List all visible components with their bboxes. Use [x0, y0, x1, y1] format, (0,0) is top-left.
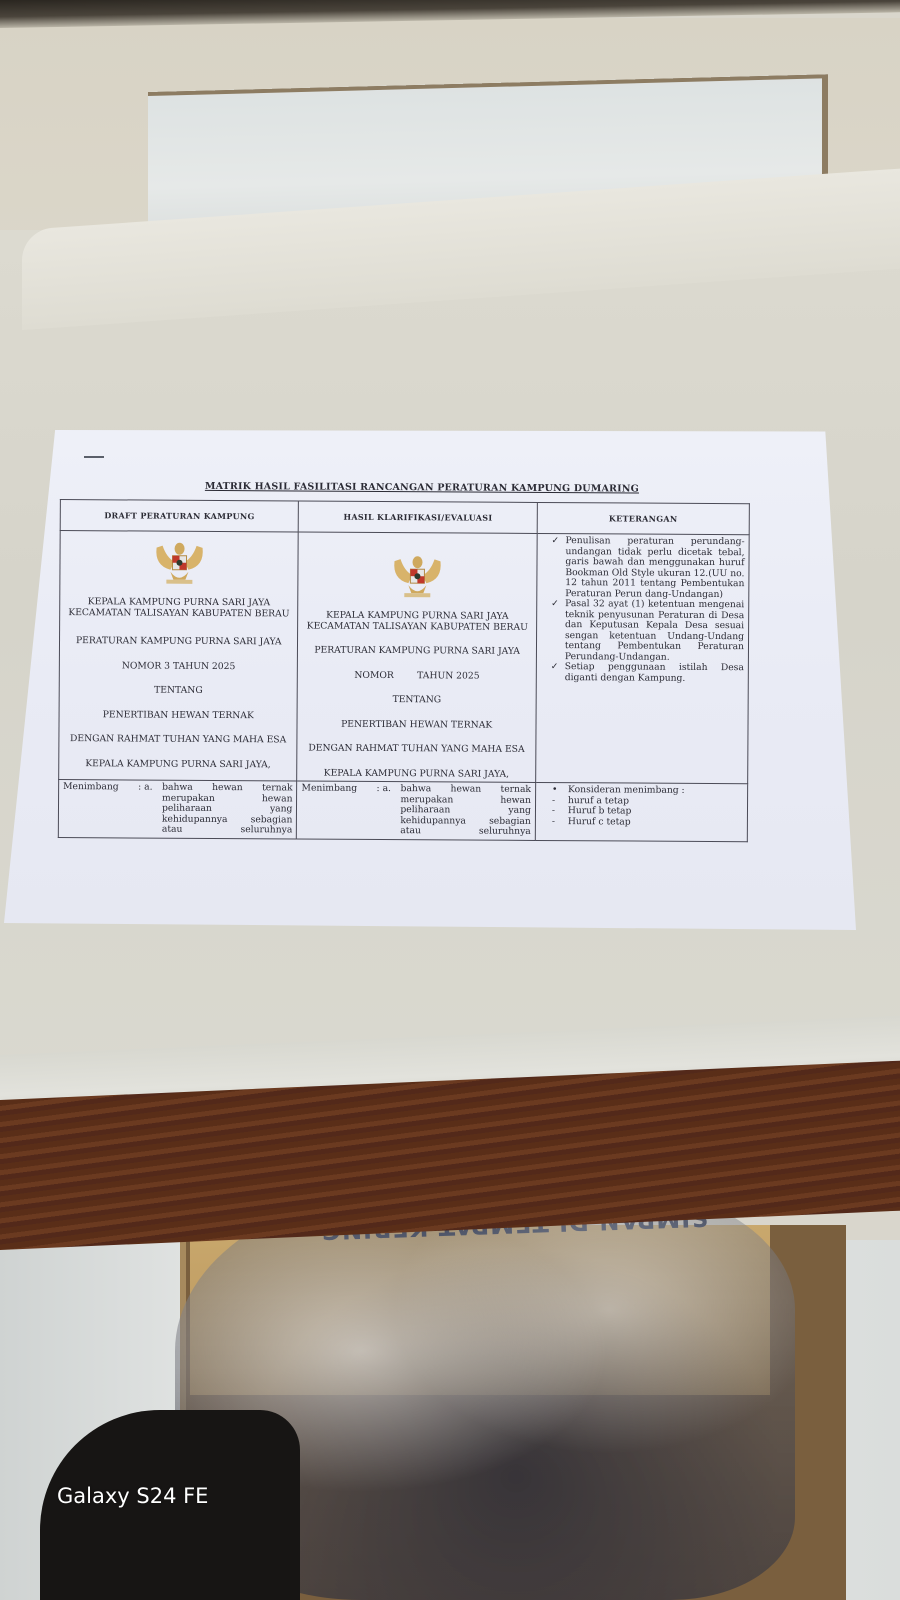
photo-scene: SIMPAN DI TEMPAT KERING MATRIK HASIL FAS… [0, 0, 900, 1600]
evaluation-head-line2: KECAMATAN TALISAYAN KABUPATEN BERAU [303, 621, 533, 633]
document: MATRIK HASIL FASILITASI RANCANGAN PERATU… [54, 480, 752, 842]
notes-list: Penulisan peraturan perundang-undangan t… [541, 536, 745, 684]
draft-blessing: DENGAN RAHMAT TUHAN YANG MAHA ESA [63, 734, 293, 746]
table-row-menimbang: Menimbang : a. bahwa hewan ternak merupa… [58, 780, 747, 842]
notes-cell: Penulisan peraturan perundang-undangan t… [536, 533, 750, 783]
evaluation-heading-cell: KEPALA KAMPUNG PURNA SARI JAYA KECAMATAN… [297, 532, 537, 782]
paper-mark [84, 456, 104, 458]
evaluation-menimbang-cell: Menimbang : a. bahwa hewan ternak merupa… [297, 781, 536, 840]
table-header-row: DRAFT PERATURAN KAMPUNG HASIL KLARIFIKAS… [60, 500, 749, 535]
garuda-emblem-icon [390, 553, 444, 599]
draft-regulation: PERATURAN KAMPUNG PURNA SARI JAYA [64, 636, 294, 648]
garuda-emblem-icon [152, 540, 206, 586]
column-header-notes: KETERANGAN [537, 502, 749, 534]
menimbang-text: bahwa hewan ternak merupakan hewan pelih… [400, 784, 531, 837]
evaluation-regulation: PERATURAN KAMPUNG PURNA SARI JAYA [302, 646, 532, 658]
matrix-table: DRAFT PERATURAN KAMPUNG HASIL KLARIFIKAS… [58, 499, 750, 842]
draft-heading-cell: KEPALA KAMPUNG PURNA SARI JAYA KECAMATAN… [59, 531, 299, 781]
column-header-evaluation: HASIL KLARIFIKASI/EVALUASI [299, 501, 538, 533]
draft-menimbang-cell: Menimbang : a. bahwa hewan ternak merupa… [58, 780, 297, 839]
konsideran-cell: Konsideran menimbang : huruf a tetap Hur… [535, 782, 747, 841]
evaluation-blessing: DENGAN RAHMAT TUHAN YANG MAHA ESA [302, 744, 532, 756]
note-item: Penulisan peraturan perundang-undangan t… [565, 536, 744, 600]
note-item: Setiap penggunaan istilah Desa diganti d… [565, 662, 744, 684]
table-row-heading: KEPALA KAMPUNG PURNA SARI JAYA KECAMATAN… [59, 531, 750, 784]
column-header-draft: DRAFT PERATURAN KAMPUNG [60, 500, 299, 532]
menimbang-text: bahwa hewan ternak merupakan hewan pelih… [162, 783, 293, 836]
draft-head-title: KEPALA KAMPUNG PURNA SARI JAYA, [63, 759, 293, 771]
evaluation-head-title: KEPALA KAMPUNG PURNA SARI JAYA, [302, 768, 532, 780]
menimbang-point: : a. [376, 784, 400, 837]
konsideran-list: Konsideran menimbang : huruf a tetap Hur… [540, 785, 743, 828]
menimbang-label: Menimbang [301, 784, 376, 837]
draft-head-line2: KECAMATAN TALISAYAN KABUPATEN BERAU [64, 608, 294, 620]
menimbang-point: : a. [138, 783, 162, 836]
note-item: Pasal 32 ayat (1) ketentuan mengenai tek… [565, 599, 744, 663]
camera-watermark: Galaxy S24 FE [57, 1484, 208, 1508]
konsideran-item: Huruf c tetap [550, 817, 743, 829]
menimbang-label: Menimbang [63, 782, 138, 835]
